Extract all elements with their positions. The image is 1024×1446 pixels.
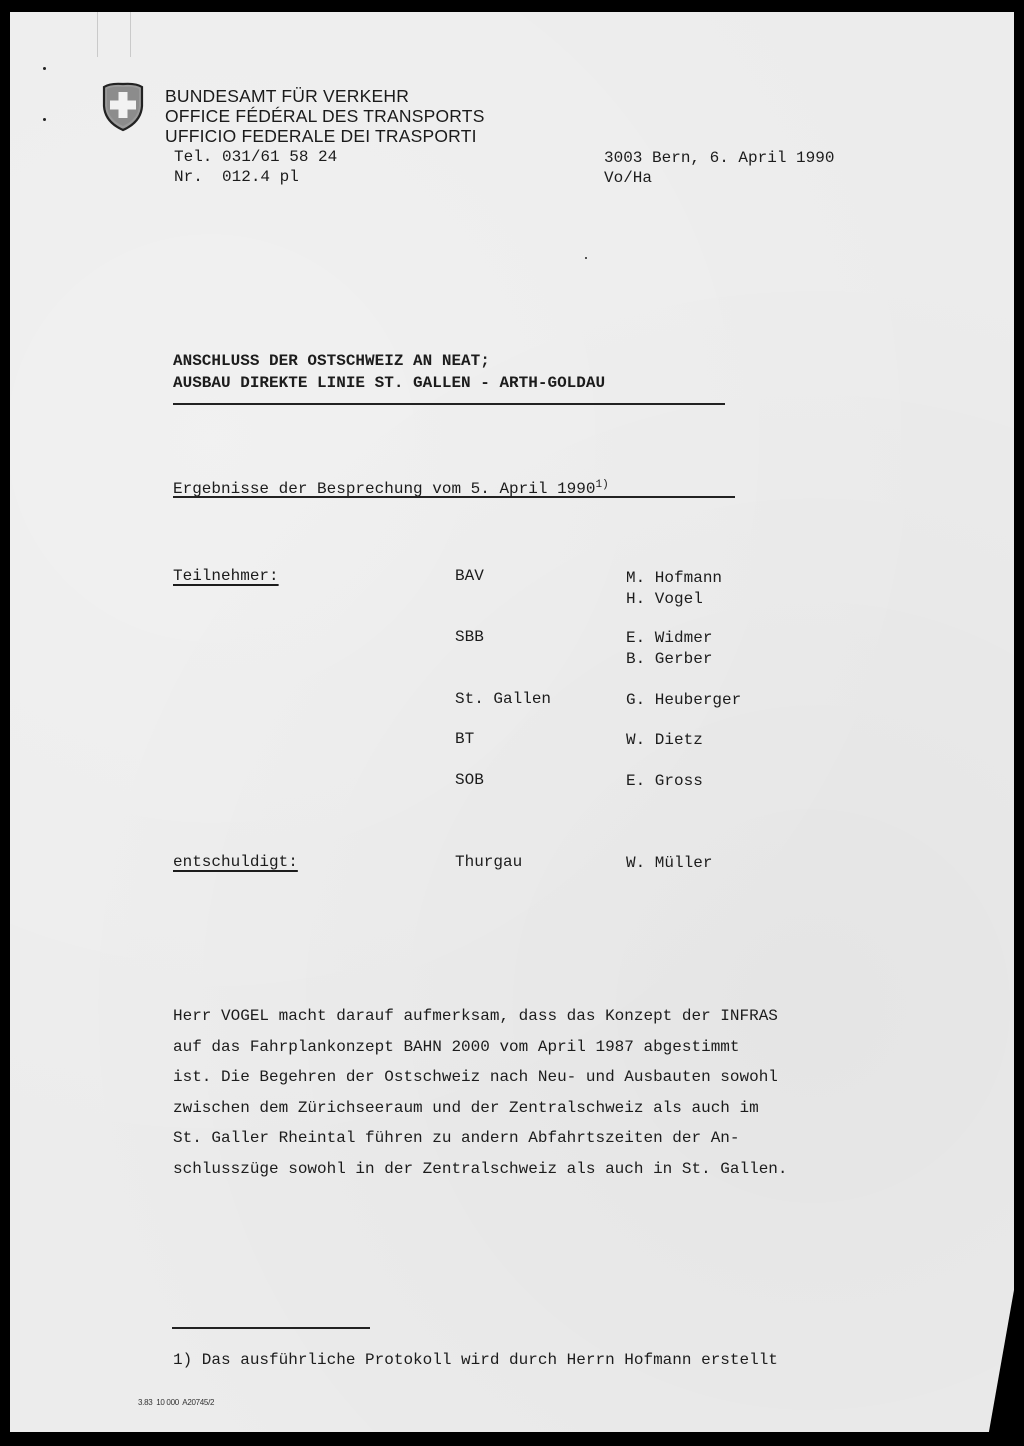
participant-name: M. Hofmann [626, 567, 722, 589]
participant-org: SOB [455, 769, 484, 791]
subject-line-2: AUSBAU DIREKTE LINIE ST. GALLEN - ARTH-G… [173, 372, 605, 394]
contact-block: Tel. 031/61 58 24Nr. 012.4 pl [174, 147, 337, 187]
body-line: ist. Die Begehren der Ostschweiz nach Ne… [173, 1062, 788, 1093]
paper-speck [43, 67, 46, 70]
author-reference: Vo/Ha [604, 168, 834, 188]
participant-name: B. Gerber [626, 648, 712, 670]
participant-name: H. Vogel [626, 588, 703, 610]
participant-org: BAV [455, 565, 484, 587]
agency-name-de: BUNDESAMT FÜR VERKEHR [165, 86, 485, 106]
excused-label: entschuldigt: [173, 851, 298, 873]
footnote-separator [172, 1327, 370, 1329]
participant-name: G. Heuberger [626, 689, 741, 711]
participants-label: Teilnehmer: [173, 565, 279, 587]
print-code: 3.83 10 000 A20745/2 [138, 1398, 214, 1408]
footnote-reference[interactable]: 1) [595, 479, 608, 491]
agency-name-fr: OFFICE FÉDÉRAL DES TRANSPORTS [165, 106, 485, 126]
participant-org: BT [455, 728, 474, 750]
body-line: schlusszüge sowohl in der Zentralschweiz… [173, 1154, 788, 1185]
participant-name: W. Dietz [626, 729, 703, 751]
results-underline [173, 496, 735, 498]
agency-name-it: UFFICIO FEDERALE DEI TRASPORTI [165, 126, 485, 146]
document-page [10, 12, 1014, 1432]
swiss-coat-of-arms-icon [100, 82, 146, 132]
participant-name: E. Widmer [626, 627, 712, 649]
body-line: zwischen dem Zürichseeraum und der Zentr… [173, 1093, 788, 1124]
paper-speck [43, 118, 46, 121]
participant-name: E. Gross [626, 770, 703, 792]
subject-line-1: ANSCHLUSS DER OSTSCHWEIZ AN NEAT; [173, 350, 605, 372]
paper-speck [585, 257, 587, 259]
paper-crease [130, 12, 131, 57]
body-line: St. Galler Rheintal führen zu andern Abf… [173, 1123, 788, 1154]
paper-crease [97, 12, 98, 57]
agency-name: BUNDESAMT FÜR VERKEHROFFICE FÉDÉRAL DES … [165, 86, 485, 146]
place-date: 3003 Bern, 6. April 1990 [604, 148, 834, 168]
body-line: Herr VOGEL macht darauf aufmerksam, dass… [173, 1001, 788, 1032]
participant-org: St. Gallen [455, 688, 551, 710]
participant-org: SBB [455, 626, 484, 648]
excused-org: Thurgau [455, 851, 522, 873]
place-date-block: 3003 Bern, 6. April 1990Vo/Ha [604, 148, 834, 188]
body-paragraph: Herr VOGEL macht darauf aufmerksam, dass… [173, 1001, 788, 1184]
excused-name: W. Müller [626, 852, 712, 874]
reference-number: Nr. 012.4 pl [174, 167, 337, 187]
telephone: Tel. 031/61 58 24 [174, 147, 337, 167]
subject-heading: ANSCHLUSS DER OSTSCHWEIZ AN NEAT;AUSBAU … [173, 350, 605, 394]
subject-underline [173, 403, 725, 405]
body-line: auf das Fahrplankonzept BAHN 2000 vom Ap… [173, 1032, 788, 1063]
footnote: 1) Das ausführliche Protokoll wird durch… [173, 1349, 778, 1371]
